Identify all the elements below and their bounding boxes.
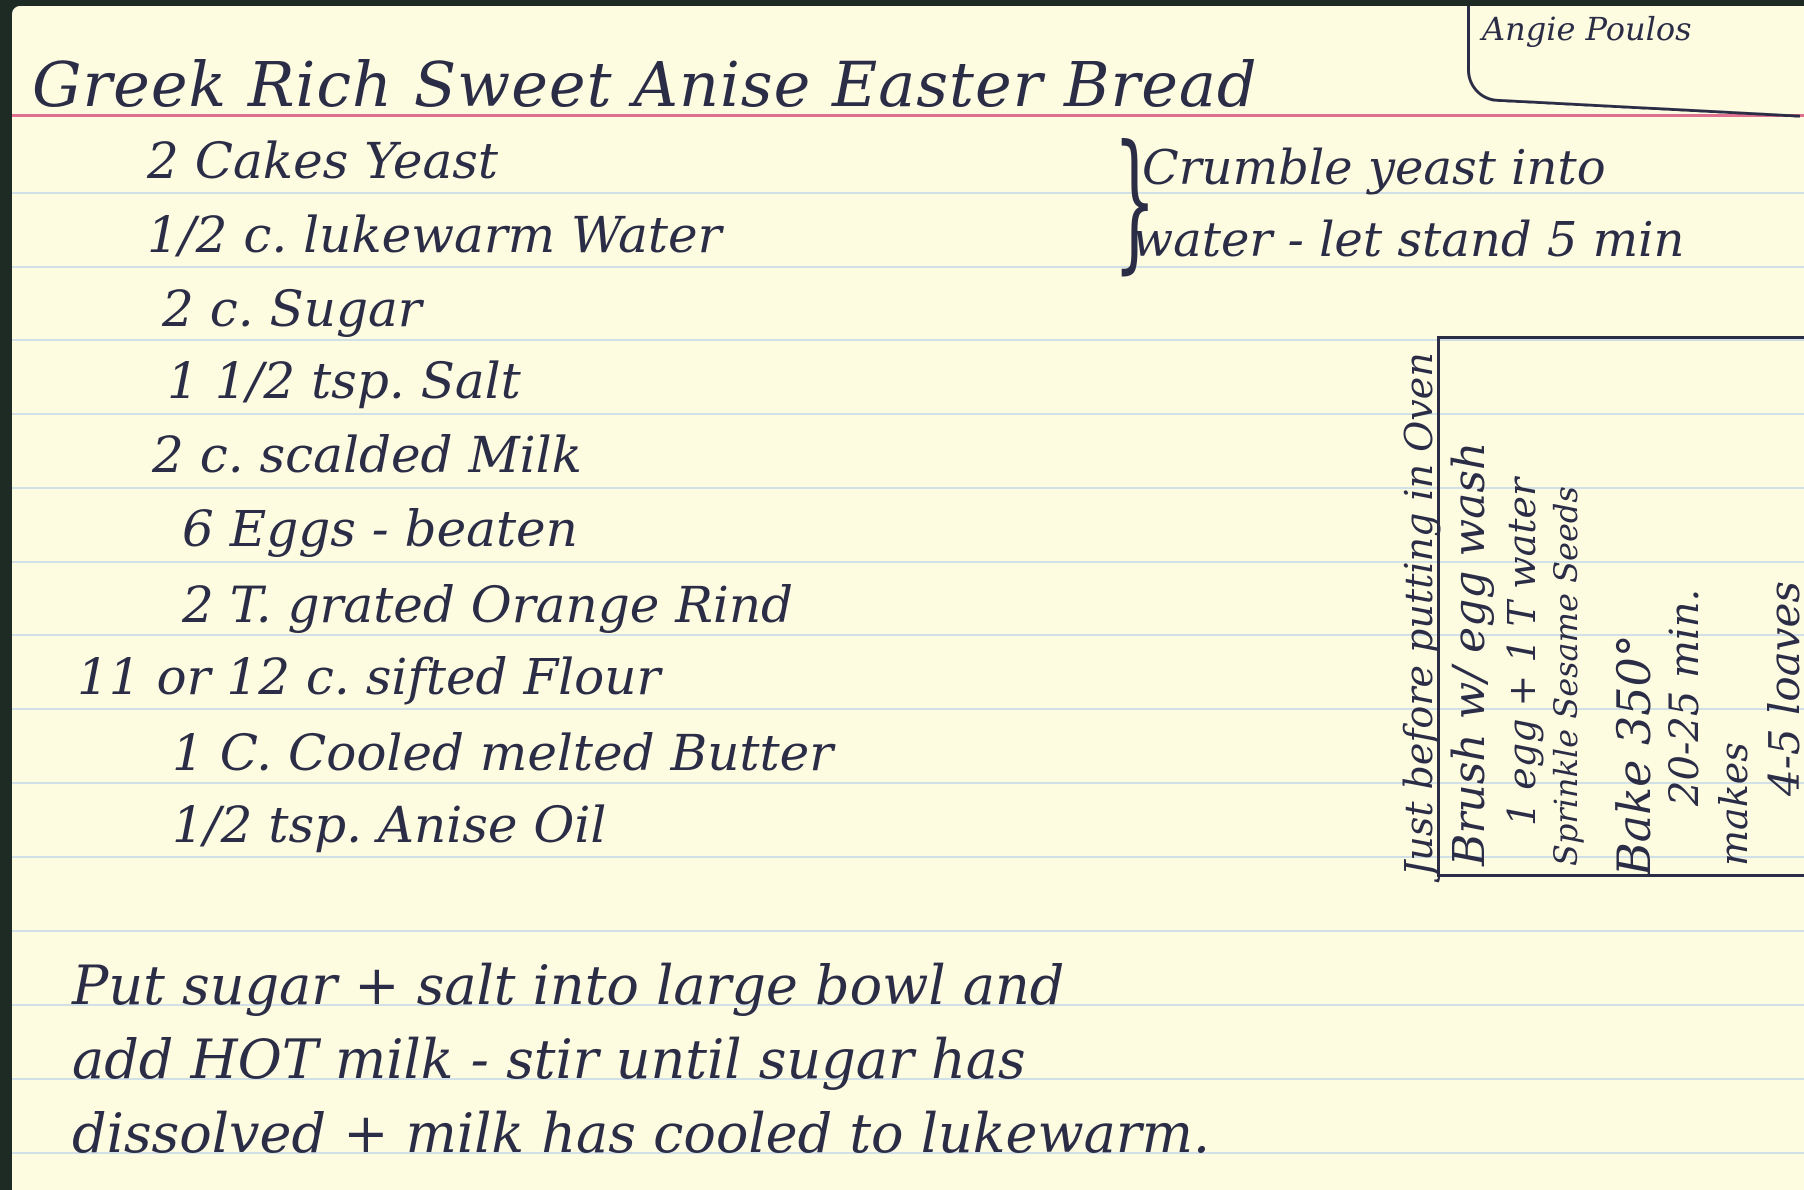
ingredient-item: 2 Cakes Yeast xyxy=(147,132,498,190)
ingredient-item: 1/2 c. lukewarm Water xyxy=(147,206,722,264)
ingredient-item: 1 1/2 tsp. Salt xyxy=(167,352,521,410)
method-line: Put sugar + salt into large bowl and xyxy=(72,954,1064,1017)
ingredient-item: 2 c. Sugar xyxy=(162,280,422,338)
ingredient-item: 1/2 tsp. Anise Oil xyxy=(172,796,606,854)
recipe-attribution: Angie Poulos xyxy=(1482,10,1692,48)
method-line: dissolved + milk has cooled to lukewarm. xyxy=(72,1102,1210,1165)
ingredient-item: 2 T. grated Orange Rind xyxy=(182,576,793,634)
baking-note-line: 1 egg + 1 T water xyxy=(1500,478,1544,826)
ingredient-item: 1 C. Cooled melted Butter xyxy=(172,724,833,782)
baking-note-line: 20-25 min. xyxy=(1662,589,1708,806)
baking-note-line: Sprinkle Sesame Seeds xyxy=(1547,486,1585,866)
baking-note-line: Bake 350° xyxy=(1607,634,1661,876)
ingredient-item: 2 c. scalded Milk xyxy=(152,426,582,484)
yeast-note-line: water - let stand 5 min xyxy=(1132,212,1684,268)
recipe-card: Greek Rich Sweet Anise Easter Bread Angi… xyxy=(12,6,1804,1190)
baking-note-header: Just before putting in Oven xyxy=(1397,352,1441,876)
ingredient-item: 6 Eggs - beaten xyxy=(182,500,578,558)
baking-note-line: 4-5 loaves xyxy=(1760,581,1804,796)
yeast-note-line: Crumble yeast into xyxy=(1142,140,1606,196)
baking-note-line: makes xyxy=(1712,742,1756,866)
recipe-title: Greek Rich Sweet Anise Easter Bread xyxy=(32,48,1258,121)
baking-note-line: Brush w/ egg wash xyxy=(1444,442,1495,866)
method-line: add HOT milk - stir until sugar has xyxy=(72,1028,1026,1091)
ingredient-item: 11 or 12 c. sifted Flour xyxy=(77,648,660,706)
blue-rule xyxy=(12,930,1804,932)
